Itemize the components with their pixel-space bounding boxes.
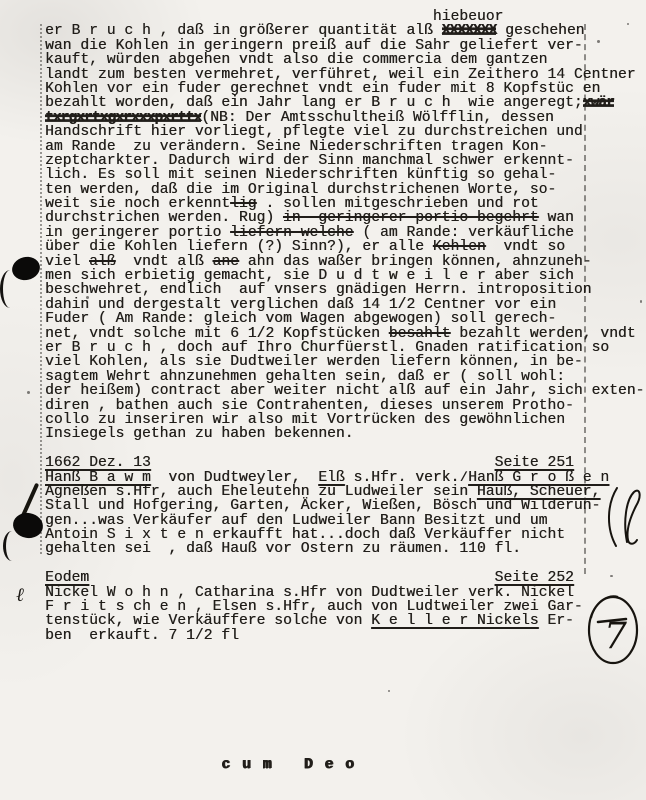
speck: [640, 300, 642, 303]
text-line: Handschrift hier vorliegt, pflegte viel …: [45, 125, 644, 139]
speck: [610, 575, 613, 577]
text-segment: Insiegels gethan zu haben bekennen.: [45, 426, 354, 442]
text-line: [45, 730, 644, 744]
text-line: gen...was Verkäufer auf den Ludweiler Ba…: [45, 514, 644, 528]
text-line: Insiegels gethan zu haben bekennen.: [45, 427, 644, 441]
text-segment: ben erkauft. 7 1/2 fl: [45, 628, 239, 644]
speck: [597, 40, 600, 43]
text-line: durchstrichen werden. Rug) in--geringere…: [45, 211, 644, 225]
text-line: beschwehret, endlich auf vnsers gnädigen…: [45, 283, 644, 297]
text-line: net, vndt solche mit 6 1/2 Kopfstücken b…: [45, 327, 644, 341]
text-line: [45, 557, 644, 571]
left-margin-dotted-line: [40, 24, 42, 554]
circled-seven-annotation: 7: [586, 592, 640, 668]
speck: [388, 690, 390, 692]
text-line: Nickel W o h n , Catharina s.Hfr von Dud…: [45, 586, 644, 600]
text-line: [45, 744, 644, 758]
handwritten-flourish-icon: [603, 484, 645, 550]
text-line: Hanß B a w m von Dudtweyler, Elß s.Hfr. …: [45, 471, 644, 485]
text-segment: [45, 757, 221, 773]
text-line: am Rande zu verändern. Seine Niederschri…: [45, 140, 644, 154]
text-line: tenstück, wie Verkäuffere solche von K e…: [45, 614, 644, 628]
text-line: diren , bathen auch sie Contrahenten, di…: [45, 399, 644, 413]
scanned-document-page: { "page": { "kind": "typewritten archiva…: [0, 0, 646, 800]
text-line: c u m D e o: [45, 758, 644, 772]
crescent-mark: [0, 270, 20, 308]
handwritten-script-mark: ℓ: [16, 584, 24, 607]
text-line: collo zu inseriren wir also mit Vortrück…: [45, 413, 644, 427]
overstruck-text: xwär: [583, 95, 614, 111]
text-line: [45, 658, 644, 672]
text-line: dahin und dergestalt verglichen daß 14 1…: [45, 298, 644, 312]
text-line: er B r u c h , doch auf Ihro Churfüerstl…: [45, 341, 644, 355]
closing-formula: c u m D e o: [221, 757, 355, 773]
text-line: [45, 715, 644, 729]
text-line: [45, 643, 644, 657]
text-line: er B r u c h , daß in größerer quantität…: [45, 24, 644, 38]
page-text: hiebeuorer B r u c h , daß in größerer q…: [45, 10, 644, 773]
text-line: viel alß vndt alß ane ahn das waßer brin…: [45, 255, 644, 269]
underlined-text: K e l l e r Nickels: [371, 613, 538, 629]
text-line: ten werden, daß die im Original durchstr…: [45, 183, 644, 197]
text-line: Antoin S i x t e n erkaufft hat...doch d…: [45, 528, 644, 542]
speck: [86, 296, 89, 299]
text-line: txrgxrtxgxrxxxpxrttx(NB: Der Amtsschulth…: [45, 111, 644, 125]
text-line: hiebeuor: [45, 10, 644, 24]
text-line: kauft, würden abgehen vndt also die comm…: [45, 53, 644, 67]
text-line: men sich erbietig gemacht, sie D u d t w…: [45, 269, 644, 283]
text-segment: gehalten sei , daß Hauß vor Ostern zu rä…: [45, 541, 521, 557]
text-line: über die Kohlen liefern (?) Sinn?), er a…: [45, 240, 644, 254]
text-line: ben erkauft. 7 1/2 fl: [45, 629, 644, 643]
text-line: sagtem Wehrt ahnzunehmen gehalten sein, …: [45, 370, 644, 384]
text-line: wan die Kohlen in geringern preiß auf di…: [45, 39, 644, 53]
text-line: 1662 Dez. 13 Seite 251: [45, 456, 644, 470]
text-line: der heißem) contract aber weiter nicht a…: [45, 384, 644, 398]
seven-glyph: 7: [604, 616, 627, 657]
text-line: viel Kohlen, als sie Dudtweiler werden l…: [45, 355, 644, 369]
text-line: [45, 442, 644, 456]
text-segment: Er-: [539, 613, 574, 629]
text-line: bezahlt worden, daß ein Jahr lang er B r…: [45, 96, 644, 110]
crescent-mark: [3, 531, 21, 561]
text-line: Kohlen vor ein fuder gerechnet vndt ein …: [45, 82, 644, 96]
text-line: Stall und Hofgering, Garten, Äcker, Wieß…: [45, 499, 644, 513]
text-line: Fuder ( Am Rande: gleich vom Wagen abgew…: [45, 312, 644, 326]
text-line: gehalten sei , daß Hauß vor Ostern zu rä…: [45, 542, 644, 556]
speck: [203, 621, 205, 623]
text-line: weit sie noch erkenntlig . sollen mitges…: [45, 197, 644, 211]
text-line: landt zum besten vermehret, verführet, w…: [45, 68, 644, 82]
text-line: F r i t s ch e n , Elsen s.Hfr, auch von…: [45, 600, 644, 614]
text-line: lich. Es soll mit seinen Niederschriften…: [45, 168, 644, 182]
text-line: Eodem Seite 252: [45, 571, 644, 585]
text-line: [45, 686, 644, 700]
speck: [27, 391, 30, 394]
text-line: [45, 701, 644, 715]
speck: [627, 23, 629, 25]
text-line: zeptcharkter. Dadurch wird der Sinn manc…: [45, 154, 644, 168]
text-line: in geringerer portio liefern-welche ( am…: [45, 226, 644, 240]
text-line: [45, 672, 644, 686]
